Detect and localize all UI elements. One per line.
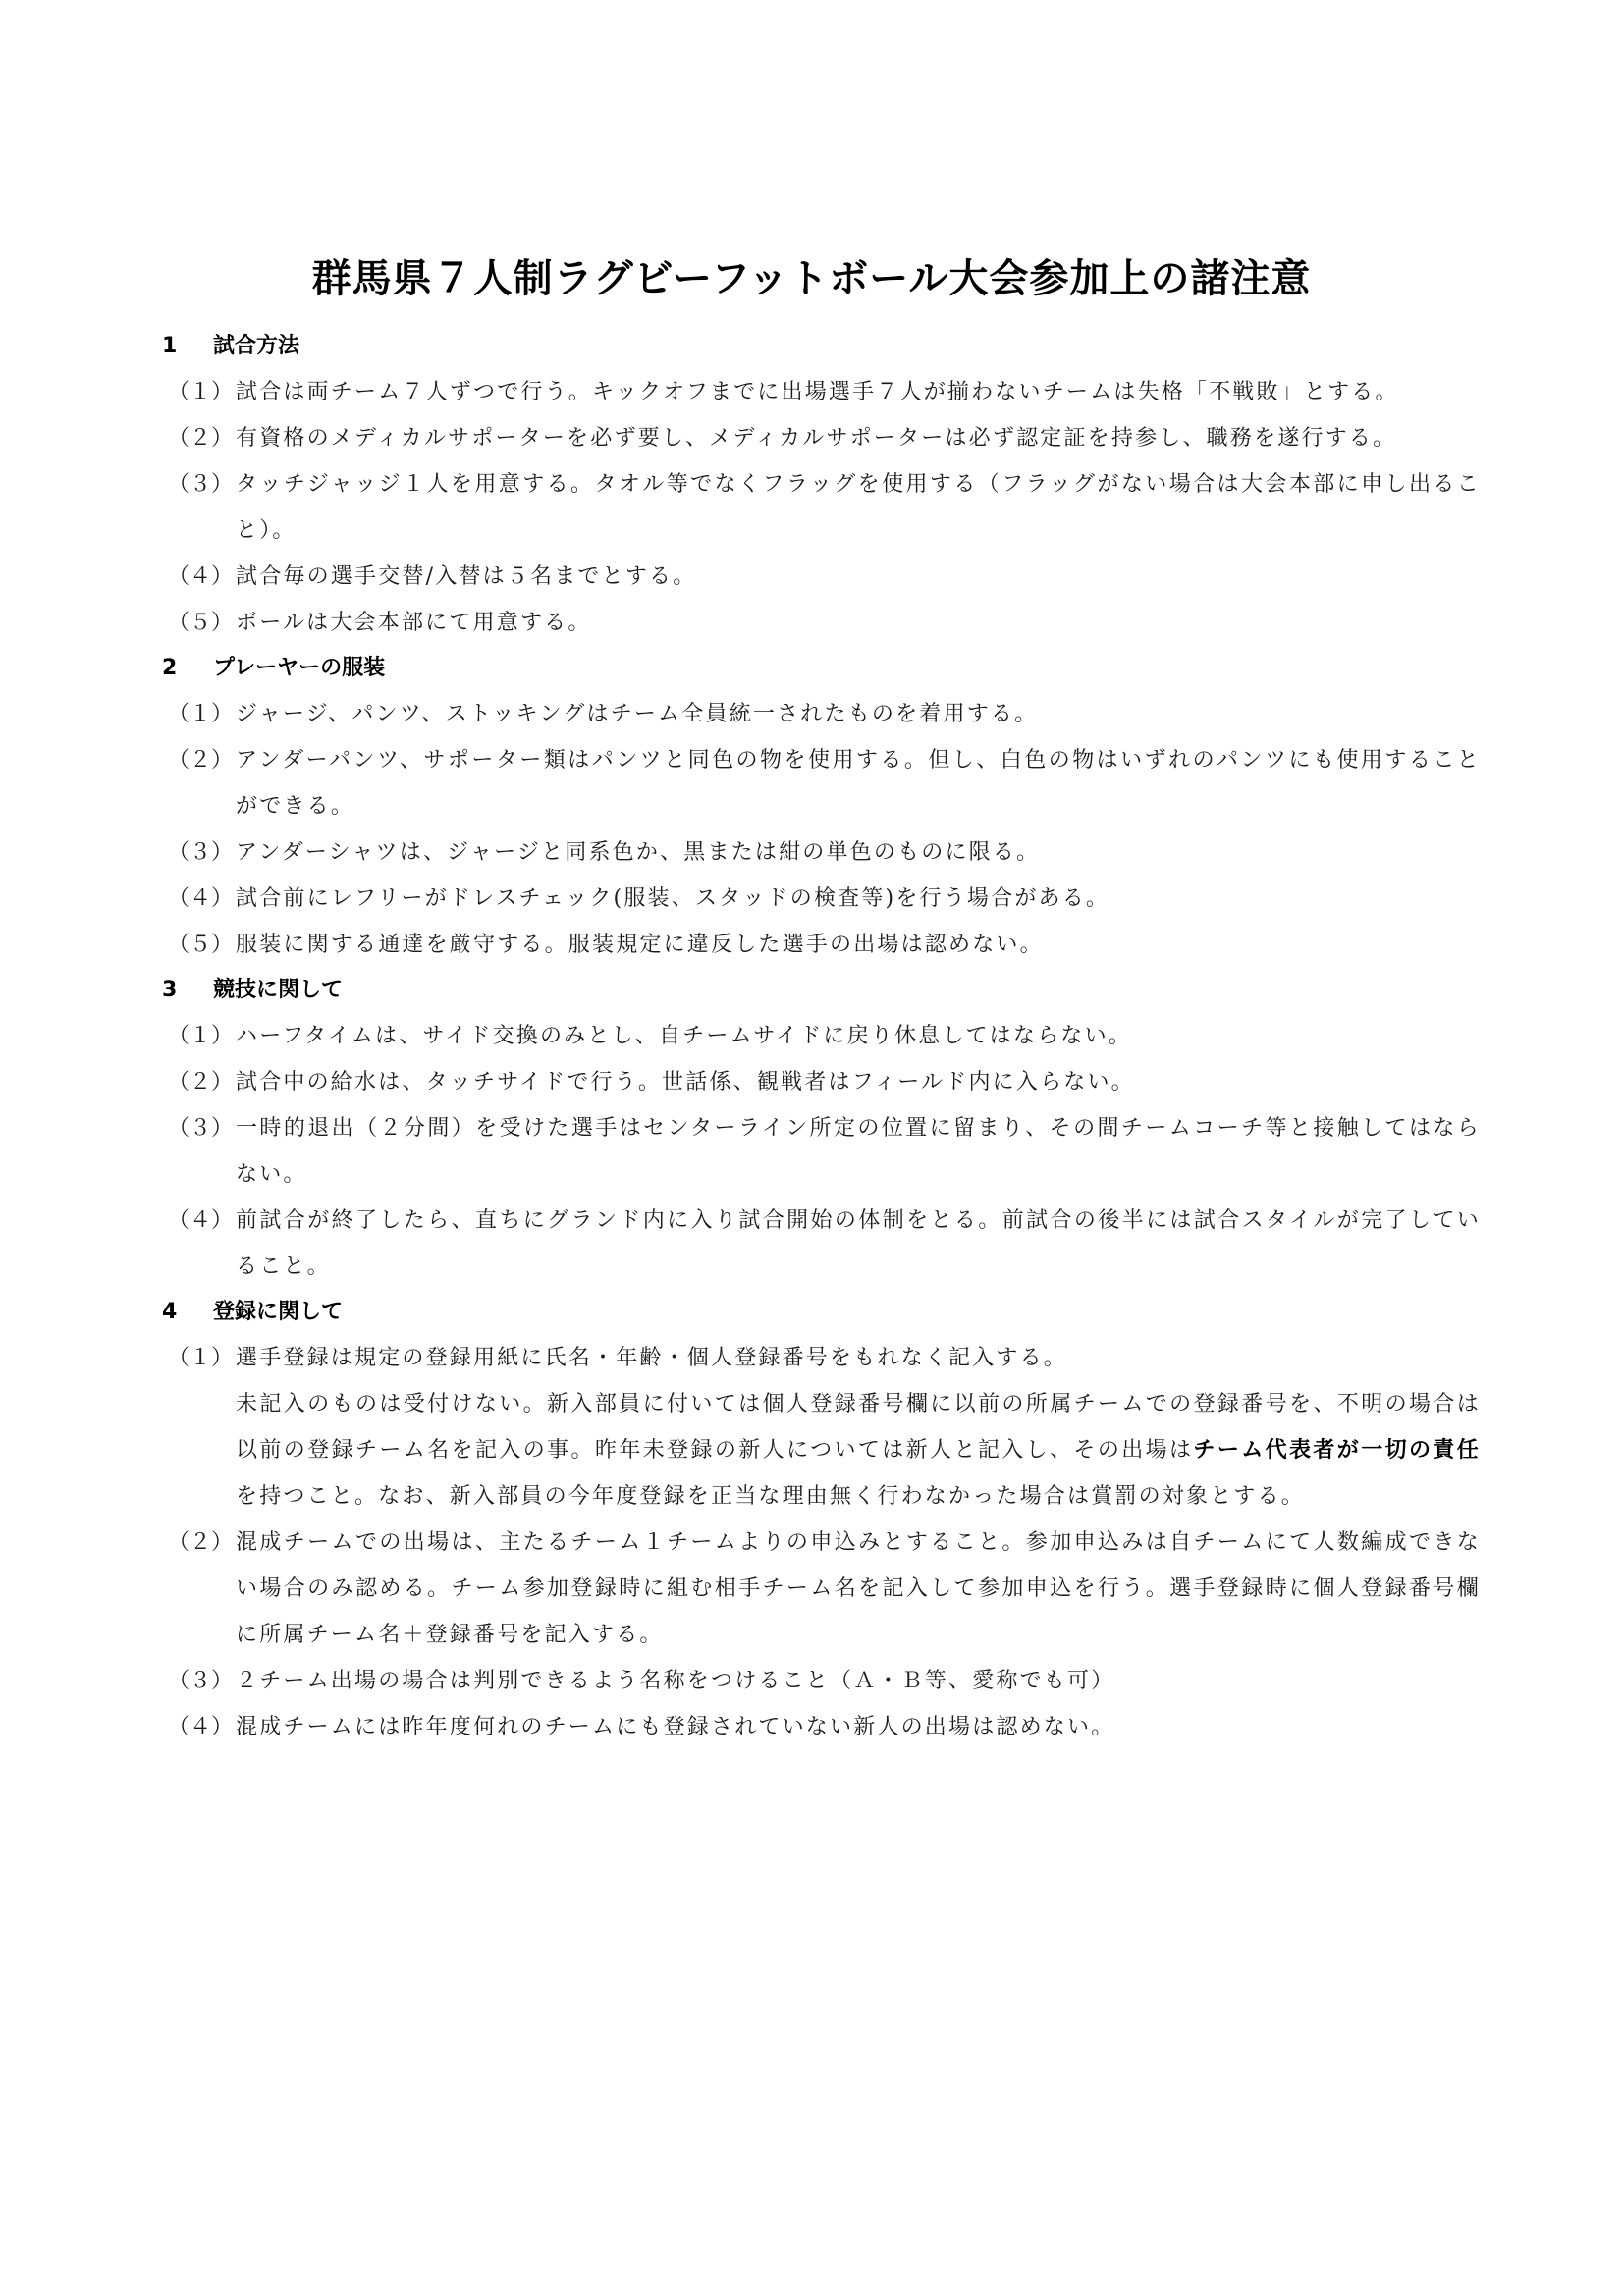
list-item: （３） 一時的退出（２分間）を受けた選手はセンターライン所定の位置に留まり、その… xyxy=(160,1105,1481,1198)
section-heading-3: 3 競技に関して xyxy=(160,968,1481,1013)
item-text: 試合毎の選手交替/入替は５名までとする。 xyxy=(236,554,1481,600)
item-marker: （５） xyxy=(160,600,236,646)
section-heading-2: 2 プレーヤーの服装 xyxy=(160,646,1481,691)
item-text: タッチジャッジ１人を用意する。タオル等でなくフラッグを使用する（フラッグがない場… xyxy=(236,461,1481,554)
item-marker: （４） xyxy=(160,876,236,922)
item-text: ジャージ、パンツ、ストッキングはチーム全員統一されたものを着用する。 xyxy=(236,691,1481,737)
section-number: 3 xyxy=(160,968,213,1013)
item-marker: （２） xyxy=(160,1520,236,1658)
list-item: （３） タッチジャッジ１人を用意する。タオル等でなくフラッグを使用する（フラッグ… xyxy=(160,461,1481,554)
list-item: （３） アンダーシャツは、ジャージと同系色か、黒または紺の単色のものに限る。 xyxy=(160,829,1481,876)
list-item: （４） 前試合が終了したら、直ちにグランド内に入り試合開始の体制をとる。前試合の… xyxy=(160,1198,1481,1290)
section-title: 競技に関して xyxy=(213,968,343,1013)
list-item: （１） ジャージ、パンツ、ストッキングはチーム全員統一されたものを着用する。 xyxy=(160,691,1481,737)
item-marker: （２） xyxy=(160,737,236,829)
document-page: 群馬県７人制ラグビーフットボール大会参加上の諸注意 1 試合方法 （１） 試合は… xyxy=(0,0,1623,2296)
item-marker: （１） xyxy=(160,1013,236,1059)
item-text: 有資格のメディカルサポーターを必ず要し、メディカルサポーターは必ず認定証を持参し… xyxy=(236,415,1481,461)
list-item: （５） ボールは大会本部にて用意する。 xyxy=(160,600,1481,646)
item-text: アンダーシャツは、ジャージと同系色か、黒または紺の単色のものに限る。 xyxy=(236,829,1481,876)
section-heading-1: 1 試合方法 xyxy=(160,324,1481,369)
list-item: （３） ２チーム出場の場合は判別できるよう名称をつけること（Ａ・Ｂ等、愛称でも可… xyxy=(160,1658,1481,1704)
item-marker: （３） xyxy=(160,461,236,554)
item-text: 選手登録は規定の登録用紙に氏名・年齢・個人登録番号をもれなく記入する。 xyxy=(236,1335,1481,1381)
item-marker: （１） xyxy=(160,1335,236,1381)
item-marker: （５） xyxy=(160,922,236,968)
list-item: （４） 混成チームには昨年度何れのチームにも登録されていない新人の出場は認めない… xyxy=(160,1704,1481,1750)
item-text: 混成チームでの出場は、主たるチーム１チームよりの申込みとすること。参加申込みは自… xyxy=(236,1520,1481,1658)
item-text: 前試合が終了したら、直ちにグランド内に入り試合開始の体制をとる。前試合の後半には… xyxy=(236,1198,1481,1290)
document-title: 群馬県７人制ラグビーフットボール大会参加上の諸注意 xyxy=(0,247,1623,303)
section-heading-4: 4 登録に関して xyxy=(160,1290,1481,1335)
item-marker: （３） xyxy=(160,1105,236,1198)
list-item: （１） 試合は両チーム７人ずつで行う。キックオフまでに出場選手７人が揃わないチー… xyxy=(160,369,1481,415)
list-item: （４） 試合前にレフリーがドレスチェック(服装、スタッドの検査等)を行う場合があ… xyxy=(160,876,1481,922)
emphasis-text: チーム代表者が一切の責任 xyxy=(1193,1438,1481,1463)
item-marker: （１） xyxy=(160,369,236,415)
item-subparagraph: 未記入のものは受付けない。新入部員に付いては個人登録番号欄に以前の所属チームでの… xyxy=(160,1381,1481,1520)
list-item: （２） アンダーパンツ、サポーター類はパンツと同色の物を使用する。但し、白色の物… xyxy=(160,737,1481,829)
item-text: 混成チームには昨年度何れのチームにも登録されていない新人の出場は認めない。 xyxy=(236,1704,1481,1750)
list-item: （１） ハーフタイムは、サイド交換のみとし、自チームサイドに戻り休息してはならな… xyxy=(160,1013,1481,1059)
item-marker: （４） xyxy=(160,554,236,600)
item-text: ハーフタイムは、サイド交換のみとし、自チームサイドに戻り休息してはならない。 xyxy=(236,1013,1481,1059)
item-text: 試合は両チーム７人ずつで行う。キックオフまでに出場選手７人が揃わないチームは失格… xyxy=(236,369,1481,415)
item-text: 服装に関する通達を厳守する。服装規定に違反した選手の出場は認めない。 xyxy=(236,922,1481,968)
item-text: 試合中の給水は、タッチサイドで行う。世話係、観戦者はフィールド内に入らない。 xyxy=(236,1059,1481,1105)
item-marker: （４） xyxy=(160,1198,236,1290)
item-marker: （３） xyxy=(160,829,236,876)
list-item: （２） 試合中の給水は、タッチサイドで行う。世話係、観戦者はフィールド内に入らな… xyxy=(160,1059,1481,1105)
item-marker: （２） xyxy=(160,1059,236,1105)
list-item: （１） 選手登録は規定の登録用紙に氏名・年齢・個人登録番号をもれなく記入する。 xyxy=(160,1335,1481,1381)
item-text: アンダーパンツ、サポーター類はパンツと同色の物を使用する。但し、白色の物はいずれ… xyxy=(236,737,1481,829)
list-item: （５） 服装に関する通達を厳守する。服装規定に違反した選手の出場は認めない。 xyxy=(160,922,1481,968)
section-number: 2 xyxy=(160,646,213,691)
subparagraph-text: を持つこと。なお、新入部員の今年度登録を正当な理由無く行わなかった場合は賞罰の対… xyxy=(236,1484,1305,1509)
list-item: （２） 有資格のメディカルサポーターを必ず要し、メディカルサポーターは必ず認定証… xyxy=(160,415,1481,461)
list-item: （２） 混成チームでの出場は、主たるチーム１チームよりの申込みとすること。参加申… xyxy=(160,1520,1481,1658)
section-title: プレーヤーの服装 xyxy=(213,646,385,691)
item-text: ボールは大会本部にて用意する。 xyxy=(236,600,1481,646)
item-text: 一時的退出（２分間）を受けた選手はセンターライン所定の位置に留まり、その間チーム… xyxy=(236,1105,1481,1198)
item-text: ２チーム出場の場合は判別できるよう名称をつけること（Ａ・Ｂ等、愛称でも可） xyxy=(236,1658,1481,1704)
item-marker: （１） xyxy=(160,691,236,737)
section-number: 1 xyxy=(160,324,213,369)
item-marker: （２） xyxy=(160,415,236,461)
section-title: 試合方法 xyxy=(213,324,299,369)
item-marker: （４） xyxy=(160,1704,236,1750)
document-body: 1 試合方法 （１） 試合は両チーム７人ずつで行う。キックオフまでに出場選手７人… xyxy=(160,324,1481,1750)
section-number: 4 xyxy=(160,1290,213,1335)
list-item: （４） 試合毎の選手交替/入替は５名までとする。 xyxy=(160,554,1481,600)
item-marker: （３） xyxy=(160,1658,236,1704)
item-text: 試合前にレフリーがドレスチェック(服装、スタッドの検査等)を行う場合がある。 xyxy=(236,876,1481,922)
section-title: 登録に関して xyxy=(213,1290,343,1335)
